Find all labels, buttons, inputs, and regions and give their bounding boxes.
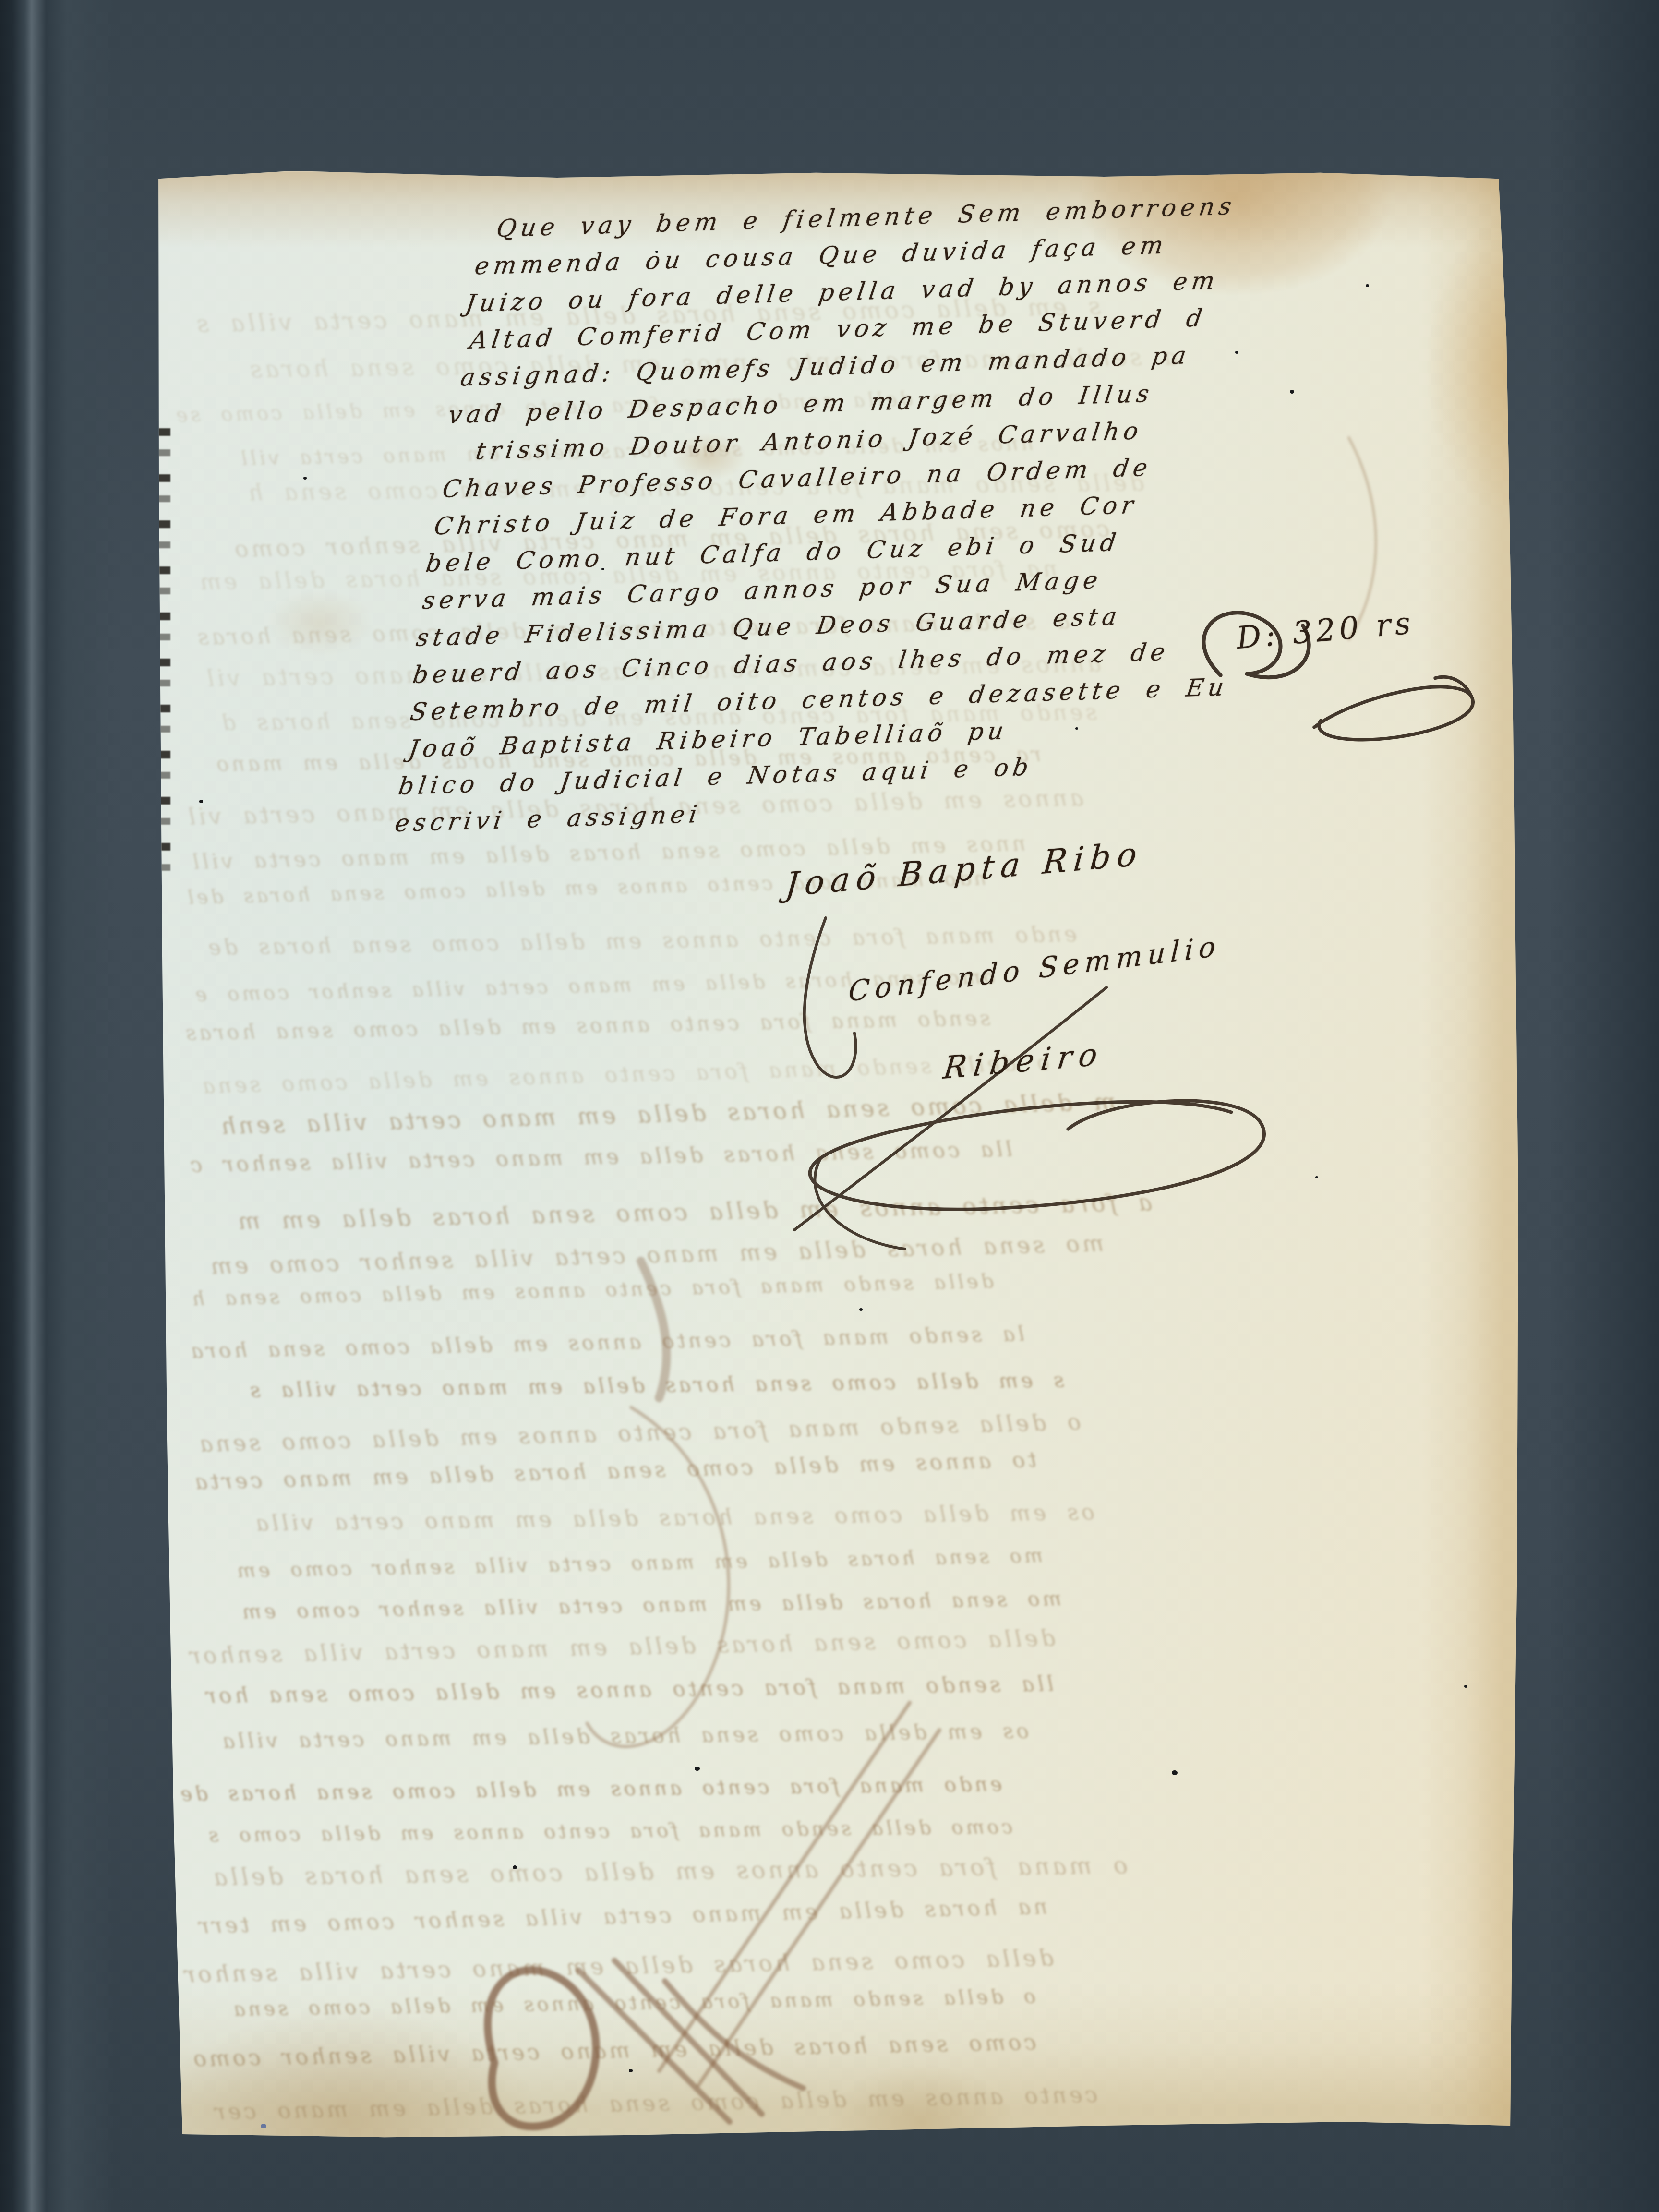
photograph-background: s em della como sena horas della em mano… (0, 0, 1659, 2212)
bleed-through-row: endo mana fora cento annos em della como… (177, 1773, 1002, 1806)
bleed-through-row: os em della como sena horas della em man… (219, 1719, 1029, 1754)
bleed-through-row: os em della como sena horas della em man… (253, 1499, 1095, 1536)
bleed-through-row: como sena horas della em mano certa vill… (191, 2029, 1037, 2071)
bleed-through-row: o della sendo mana fora cento annos em d… (230, 1985, 1035, 2021)
bleed-through-row: della como sena horas della em mano cert… (187, 1625, 1056, 1669)
signature-surname: Ribeiro (941, 1036, 1106, 1086)
bleed-through-row: mo sena horas della em mano certa villa … (208, 1231, 1104, 1280)
manuscript-page: s em della como sena horas della em mano… (156, 169, 1522, 2142)
marginal-note-d320: D: 320 rs (1181, 577, 1531, 788)
signature-notary-name: Joaõ Bapta Ribo (784, 835, 1144, 904)
marginal-note-text: D: 320 rs (1235, 605, 1416, 656)
bleed-through-row: a fora cento annos em della como sena ho… (235, 1189, 1153, 1235)
ink-speck (513, 1865, 517, 1869)
bleed-through-row: la sendo mana fora cento annos em della … (188, 1322, 1025, 1363)
bleed-through-row: como della sendo mana fora cento annos e… (206, 1816, 1013, 1847)
ink-speck (1464, 1685, 1467, 1688)
ink-speck (303, 477, 307, 480)
bleed-through-row: to annos em della como sena horas della … (192, 1448, 1036, 1495)
bleed-through-row: s em della como sena horas della em mano… (247, 1368, 1064, 1402)
ink-speck (199, 800, 203, 803)
bleed-through-row: lla sendo mana fora cento annos em della… (203, 1672, 1054, 1708)
ink-speck (1075, 727, 1078, 730)
bleed-through-row: sendo mana fora cento annos em della com… (183, 1006, 991, 1045)
ink-speck (1172, 1770, 1178, 1775)
ink-speck (629, 2069, 633, 2072)
bleed-through-row: o della sendo mana fora cento annos em d… (199, 1051, 1050, 1099)
left-edge-ink-marks (158, 428, 170, 879)
ink-speck (695, 1767, 700, 1771)
ink-speck (601, 568, 604, 570)
ink-speck (859, 1308, 863, 1311)
bleed-through-row: cento annos em della como sena horas del… (212, 2081, 1098, 2125)
bleed-through-row: endo mana fora cento annos em della como… (205, 922, 1077, 960)
bleed-through-row: o mana fora cento annos em della como se… (210, 1852, 1128, 1891)
bleed-through-row: lla como sena horas della em mano certa … (187, 1137, 1012, 1177)
marginal-note-flourish (1181, 577, 1531, 788)
ink-speck (1235, 351, 1238, 354)
bleed-through-row: m della como sena horas della em mano ce… (217, 1089, 1116, 1140)
manuscript-body-text: Que vay bem e fielmente Sem emborroensem… (391, 190, 1300, 846)
bleed-through-row: o della sendo mana fora cento annos em d… (197, 1409, 1082, 1457)
bleed-through-row: della sendo mana fora cento annos em del… (189, 1269, 994, 1310)
ink-speck (655, 251, 658, 253)
bleed-through-row: mo sena horas della em mano certa villa … (239, 1587, 1061, 1623)
ink-speck (261, 2124, 266, 2128)
ink-speck (1290, 390, 1294, 394)
ink-speck (1366, 284, 1369, 287)
bleed-through-row: mo sena horas della em mano certa villa … (234, 1544, 1043, 1582)
bleed-through-row: della como sena horas della em mano cert… (181, 1945, 1054, 1988)
ink-speck (1315, 1176, 1318, 1178)
signature-confer-line: Confendo Semmulio (848, 929, 1222, 1008)
bleed-through-row: na horas della em mano certa villa senho… (196, 1894, 1048, 1938)
